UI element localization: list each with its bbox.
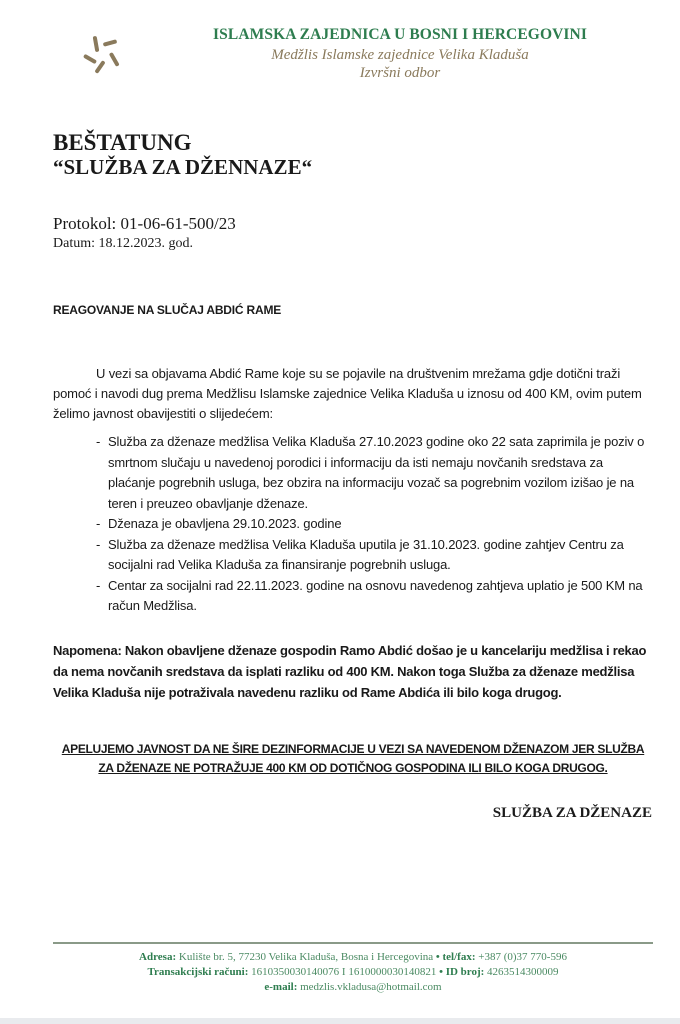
footer-contact: Adresa: Kulište br. 5, 77230 Velika Klad… <box>53 950 653 995</box>
list-item-text: Centar za socijalni rad 22.11.2023. godi… <box>108 578 643 614</box>
phone-value: +387 (0)37 770-596 <box>478 951 567 963</box>
list-item-text: Služba za dženaze medžlisa Velika Kladuš… <box>108 434 644 511</box>
footer-divider <box>53 942 653 944</box>
id-value: 4263514300009 <box>487 966 559 978</box>
document-subtitle: “SLUŽBA ZA DŽENNAZE“ <box>53 155 312 180</box>
separator: • <box>436 951 440 963</box>
list-item: -Služba za dženaze medžlisa Velika Kladu… <box>53 535 653 576</box>
subject-line: REAGOVANJE NA SLUČAJ ABDIĆ RAME <box>53 303 281 317</box>
bullet-marker: - <box>96 535 100 556</box>
footer-email-line: e-mail: medzlis.vkladusa@hotmail.com <box>53 980 653 995</box>
intro-paragraph: U vezi sa objavama Abdić Rame koje su se… <box>53 364 653 424</box>
phone-label: tel/fax: <box>443 951 476 963</box>
email-link[interactable]: medzlis.vkladusa@hotmail.com <box>300 981 442 993</box>
protocol-number: Protokol: 01-06-61-500/23 <box>53 214 236 234</box>
accounts-value: 1610350030140076 I 1610000030140821 <box>251 966 436 978</box>
list-item-text: Dženaza je obavljena 29.10.2023. godine <box>108 516 341 531</box>
body-name: Izvršni odbor <box>160 65 640 82</box>
footer-accounts-line: Transakcijski računi: 1610350030140076 I… <box>53 965 653 980</box>
id-label: ID broj: <box>446 966 485 978</box>
list-item: -Služba za dženaze medžlisa Velika Kladu… <box>53 432 653 514</box>
footer-address-line: Adresa: Kulište br. 5, 77230 Velika Klad… <box>53 950 653 965</box>
separator: • <box>439 966 443 978</box>
bullet-marker: - <box>96 576 100 597</box>
page-bottom-edge <box>0 1018 680 1024</box>
bullet-marker: - <box>96 432 100 453</box>
document-date: Datum: 18.12.2023. god. <box>53 236 193 252</box>
list-item-text: Služba za dženaze medžlisa Velika Kladuš… <box>108 537 624 573</box>
list-item: -Centar za socijalni rad 22.11.2023. god… <box>53 576 653 617</box>
document-title: BEŠTATUNG <box>53 130 191 156</box>
crescent-star-logo-icon <box>50 14 130 90</box>
address-value: Kulište br. 5, 77230 Velika Kladuša, Bos… <box>179 951 433 963</box>
accounts-label: Transakcijski računi: <box>147 966 248 978</box>
note-paragraph: Napomena: Nakon obavljene dženaze gospod… <box>53 640 653 703</box>
email-label: e-mail: <box>264 981 297 993</box>
signature: SLUŽBA ZA DŽENAZE <box>493 805 652 822</box>
subunit-name: Medžlis Islamske zajednice Velika Kladuš… <box>160 47 640 64</box>
organization-name: ISLAMSKA ZAJEDNICA U BOSNI I HERCEGOVINI <box>160 26 640 44</box>
bullet-marker: - <box>96 514 100 535</box>
address-label: Adresa: <box>139 951 176 963</box>
public-appeal: APELUJEMO JAVNOST DA NE ŠIRE DEZINFORMAC… <box>53 740 653 778</box>
list-item: -Dženaza je obavljena 29.10.2023. godine <box>53 514 653 535</box>
facts-list: -Služba za dženaze medžlisa Velika Kladu… <box>53 432 653 617</box>
